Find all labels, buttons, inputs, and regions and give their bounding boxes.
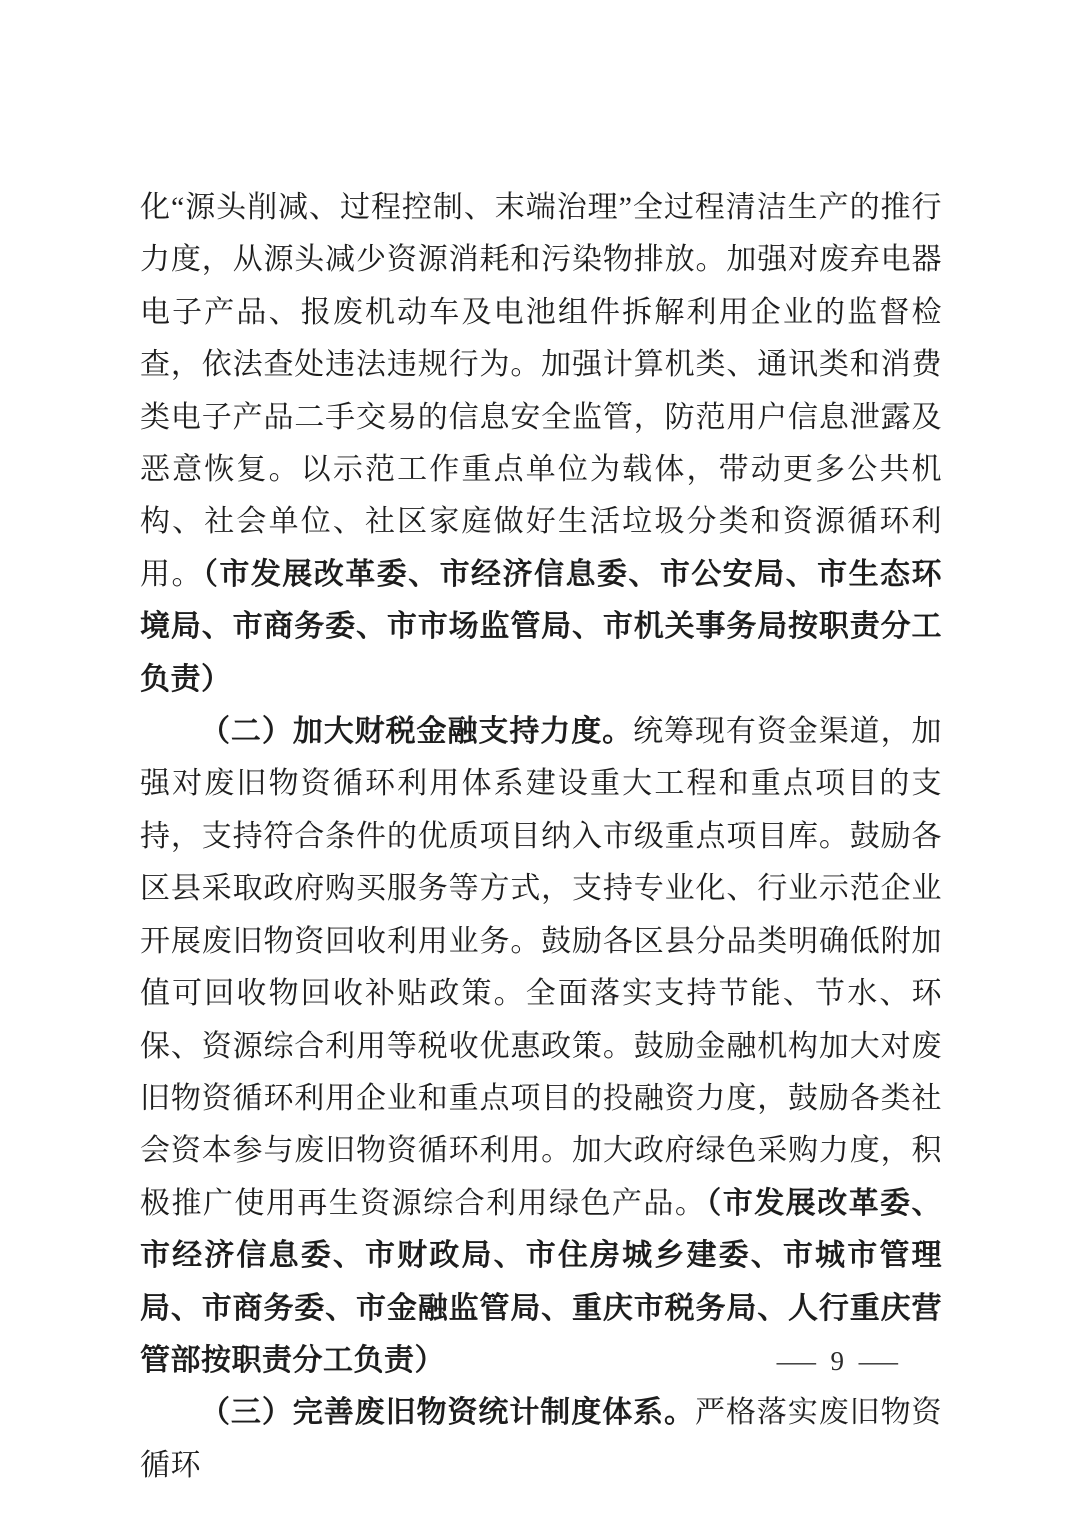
paragraph-section-2: （二）加大财税金融支持力度。统筹现有资金渠道，加强对废旧物资循环利用体系建设重大…	[140, 706, 942, 1387]
paragraph-section-3: （三）完善废旧物资统计制度体系。严格落实废旧物资循环	[140, 1387, 942, 1492]
section-heading: （三）完善废旧物资统计制度体系。	[200, 1396, 695, 1429]
document-page: 化“源头削减、过程控制、末端治理”全过程清洁生产的推行力度，从源头减少资源消耗和…	[0, 0, 1075, 1521]
paragraph-text: 化“源头削减、过程控制、末端治理”全过程清洁生产的推行力度，从源头减少资源消耗和…	[140, 191, 942, 591]
document-body: 化“源头削减、过程控制、末端治理”全过程清洁生产的推行力度，从源头减少资源消耗和…	[140, 182, 942, 1492]
paragraph-continuation: 化“源头削减、过程控制、末端治理”全过程清洁生产的推行力度，从源头减少资源消耗和…	[140, 182, 942, 706]
section-heading: （二）加大财税金融支持力度。	[200, 715, 633, 748]
paragraph-text: 统筹现有资金渠道，加强对废旧物资循环利用体系建设重大工程和重点项目的支持，支持符…	[140, 715, 942, 1220]
page-number-value: 9	[831, 1346, 846, 1377]
page-number-dash-right: —	[859, 1346, 900, 1377]
responsibility-note: （市发展改革委、市经济信息委、市公安局、市生态环境局、市商务委、市市场监管局、市…	[140, 558, 942, 696]
page-number-dash-left: —	[776, 1346, 817, 1377]
page-number: —9—	[777, 1346, 900, 1377]
